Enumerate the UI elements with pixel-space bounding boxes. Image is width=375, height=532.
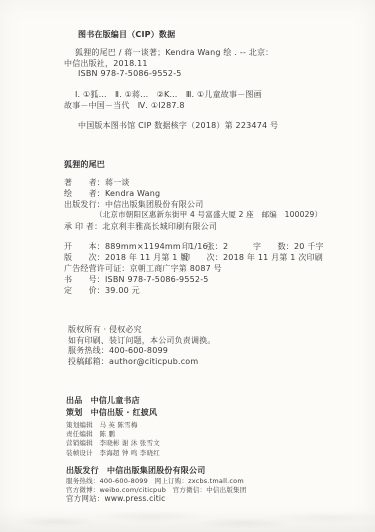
book-isbn-line: 书 号：ISBN 978-7-5086-9552-5	[64, 275, 209, 284]
planning-editors: 策划编辑 马 英 陈雪梅	[66, 422, 138, 430]
edition-spec: 版 次：2018 年 11 月第 1 版	[64, 253, 189, 262]
page-bottom-shadow	[0, 506, 375, 532]
book-title: 狐狸的尾巴	[64, 160, 105, 169]
submission-email: 投稿邮箱：author@citicpub.com	[68, 357, 198, 366]
ad-license-line: 广告经营许可证：京朝工商广字第 8087 号	[64, 264, 222, 273]
exchange-notice: 如有印刷、装订问题，本公司负责调换。	[68, 336, 216, 345]
design-credits: 装帧设计 李海超 钟 鸣 李晓红	[66, 450, 160, 458]
footer-website-line: 官方网站：www.press.citic	[66, 495, 165, 504]
cip-title-line: 狐狸的尾巴 / 蒋一谈著；Kendra Wang 绘 . -- 北京：	[75, 48, 273, 57]
footer-service-line: 服务热线：400-600-8099 网上订购：zxcbs.tmall.com	[66, 478, 244, 486]
service-hotline: 服务热线：400-600-8099	[68, 346, 168, 355]
cip-class-line2: 故事－中国－当代 Ⅳ. ①I287.8	[64, 101, 185, 110]
copyright-page: 图书在版编目（CIP）数据 狐狸的尾巴 / 蒋一谈著；Kendra Wang 绘…	[0, 0, 375, 532]
produce-line: 出品 中信儿童书店	[66, 396, 140, 405]
impression-spec: 印 次：2018 年 11 月第 1 次印刷	[182, 253, 323, 262]
cip-publisher-line: 中信出版社，2018.11	[64, 59, 148, 68]
cip-header: 图书在版编目（CIP）数据	[78, 30, 175, 39]
cip-isbn: ISBN 978-7-5086-9552-5	[78, 69, 182, 78]
rights-statement: 版权所有 · 侵权必究	[68, 325, 142, 334]
printer-line: 承 印 者：北京利丰雅高长城印刷有限公司	[64, 222, 217, 231]
plan-line: 策划 中信出版 · 红披风	[66, 408, 157, 417]
cip-class-line1: Ⅰ. ①狐… Ⅱ. ①蒋… ②K… Ⅲ. ①儿童故事－图画	[75, 90, 262, 99]
word-count-spec: 字 数：20 千字	[253, 242, 324, 251]
price-line: 定 价：39.00 元	[64, 286, 140, 295]
cip-record-number: 中国版本图书馆 CIP 数据核字（2018）第 223474 号	[78, 121, 278, 130]
illustrator-line: 绘 者：Kendra Wang	[64, 189, 160, 198]
sheets-spec: 印 张：2	[182, 242, 228, 251]
publisher-address: （北京市朝阳区惠新东街甲 4 号富盛大厦 2 座 邮编 100029）	[95, 211, 322, 220]
publisher-line: 出版发行：中信出版集团股份有限公司	[64, 200, 203, 209]
author-line: 著 者：蒋一谈	[64, 178, 130, 187]
executive-editor: 责任编辑 陈 鹏	[66, 431, 115, 439]
issuer-line: 出版发行 中信出版集团股份有限公司	[66, 466, 205, 475]
marketing-editors: 营销编辑 李晓彬 谢 沐 张雪文	[66, 440, 160, 448]
